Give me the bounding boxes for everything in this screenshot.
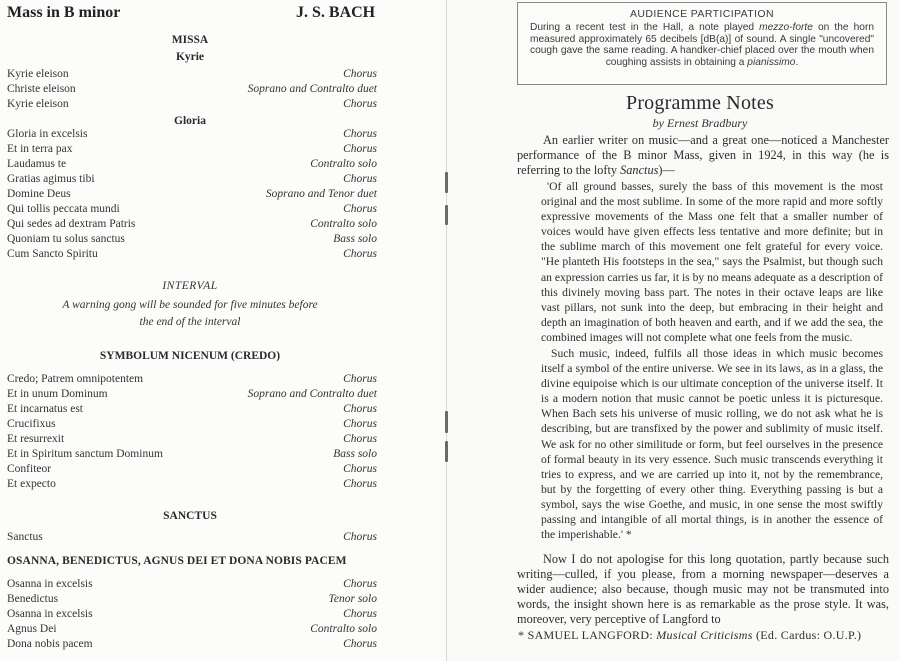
box-text-part: During a recent test in the Hall, a note… <box>530 22 759 33</box>
movement-row: Qui tollis peccata mundi Chorus <box>7 202 377 217</box>
box-text-italic: pianissimo <box>747 57 795 68</box>
movement-voice: Chorus <box>343 67 377 82</box>
movement-row: Osanna in excelsis Chorus <box>7 607 377 622</box>
subheading-kyrie: Kyrie <box>0 51 380 63</box>
intro-paragraph: An earlier writer on music—and a great o… <box>517 133 889 178</box>
box-text-italic: mezzo-forte <box>759 22 813 33</box>
movement-row: Laudamus te Contralto solo <box>7 157 377 172</box>
movement-voice: Chorus <box>343 462 377 477</box>
section-heading-sanctus: SANCTUS <box>0 510 380 522</box>
movement-name: Osanna in excelsis <box>7 607 93 622</box>
quote-paragraph-2: Such music, indeed, fulfils all those id… <box>541 346 883 542</box>
movement-voice: Contralto solo <box>310 157 377 172</box>
composer-name: J. S. BACH <box>296 4 375 22</box>
movement-name: Christe eleison <box>7 82 76 97</box>
quote-paragraph-1: 'Of all ground basses, surely the bass o… <box>541 179 883 345</box>
work-title: Mass in B minor <box>7 4 120 22</box>
movement-row: Credo; Patrem omnipotentem Chorus <box>7 372 377 387</box>
movement-row: Agnus Dei Contralto solo <box>7 622 377 637</box>
movement-voice: Chorus <box>343 637 377 652</box>
movement-name: Laudamus te <box>7 157 66 172</box>
movement-name: Et expecto <box>7 477 56 492</box>
movement-voice: Bass solo <box>333 447 377 462</box>
movement-row: Et in terra pax Chorus <box>7 142 377 157</box>
footnote: * SAMUEL LANGFORD: Musical Criticisms (E… <box>518 628 861 643</box>
movement-name: Et resurrexit <box>7 432 64 447</box>
movement-name: Cum Sancto Spiritu <box>7 247 98 262</box>
movement-row: Kyrie eleison Chorus <box>7 97 377 112</box>
movement-row: Et expecto Chorus <box>7 477 377 492</box>
section-heading-missa: MISSA <box>0 34 380 46</box>
movement-voice: Tenor solo <box>329 592 377 607</box>
movement-row: Et in unum Dominum Soprano and Contralto… <box>7 387 377 402</box>
movement-voice: Chorus <box>343 577 377 592</box>
intro-italic: Sanctus <box>620 163 658 177</box>
movement-row: Gloria in excelsis Chorus <box>7 127 377 142</box>
movement-voice: Soprano and Contralto duet <box>248 82 377 97</box>
movement-name: Et in terra pax <box>7 142 72 157</box>
movement-name: Gloria in excelsis <box>7 127 87 142</box>
movement-name: Kyrie eleison <box>7 97 69 112</box>
footnote-source: (Ed. Cardus: O.U.P.) <box>753 628 862 642</box>
movement-voice: Chorus <box>343 202 377 217</box>
movement-name: Credo; Patrem omnipotentem <box>7 372 143 387</box>
movement-voice: Bass solo <box>333 232 377 247</box>
movement-row: Sanctus Chorus <box>7 530 377 545</box>
movement-row: Benedictus Tenor solo <box>7 592 377 607</box>
movement-row: Dona nobis pacem Chorus <box>7 637 377 652</box>
movement-name: Osanna in excelsis <box>7 577 93 592</box>
movement-name: Sanctus <box>7 530 43 545</box>
audience-box-text: During a recent test in the Hall, a note… <box>530 22 874 68</box>
movement-voice: Chorus <box>343 432 377 447</box>
movement-row: Et incarnatus est Chorus <box>7 402 377 417</box>
movement-name: Quoniam tu solus sanctus <box>7 232 125 247</box>
intro-text: An earlier writer on music—and a great o… <box>517 133 889 177</box>
movement-voice: Soprano and Contralto duet <box>248 387 377 402</box>
movement-row: Crucifixus Chorus <box>7 417 377 432</box>
movement-voice: Chorus <box>343 97 377 112</box>
closing-paragraph: Now I do not apologise for this long quo… <box>517 552 889 627</box>
movement-name: Et incarnatus est <box>7 402 83 417</box>
movement-row: Kyrie eleison Chorus <box>7 67 377 82</box>
movement-row: Gratias agimus tibi Chorus <box>7 172 377 187</box>
movement-voice: Chorus <box>343 417 377 432</box>
section-heading-osanna: OSANNA, BENEDICTUS, AGNUS DEI ET DONA NO… <box>7 555 380 567</box>
booklet-spine <box>446 0 447 661</box>
interval-note-line2: the end of the interval <box>0 314 380 331</box>
movement-name: Gratias agimus tibi <box>7 172 95 187</box>
movement-row: Et resurrexit Chorus <box>7 432 377 447</box>
movement-row: Et in Spiritum sanctum Dominum Bass solo <box>7 447 377 462</box>
movement-voice: Chorus <box>343 172 377 187</box>
movement-row: Confiteor Chorus <box>7 462 377 477</box>
section-heading-credo: SYMBOLUM NICENUM (CREDO) <box>0 350 380 362</box>
movement-name: Qui sedes ad dextram Patris <box>7 217 135 232</box>
movement-row: Osanna in excelsis Chorus <box>7 577 377 592</box>
interval-title: INTERVAL <box>0 280 380 292</box>
movement-voice: Chorus <box>343 247 377 262</box>
movement-voice: Contralto solo <box>310 622 377 637</box>
movement-name: Et in unum Dominum <box>7 387 108 402</box>
movement-row: Quoniam tu solus sanctus Bass solo <box>7 232 377 247</box>
movement-row: Qui sedes ad dextram Patris Contralto so… <box>7 217 377 232</box>
movement-row: Cum Sancto Spiritu Chorus <box>7 247 377 262</box>
movement-name: Et in Spiritum sanctum Dominum <box>7 447 163 462</box>
movement-voice: Chorus <box>343 142 377 157</box>
movement-row: Christe eleison Soprano and Contralto du… <box>7 82 377 97</box>
movement-voice: Chorus <box>343 372 377 387</box>
programme-notes-byline: by Ernest Bradbury <box>500 116 900 131</box>
audience-participation-box: AUDIENCE PARTICIPATION During a recent t… <box>517 2 887 85</box>
audience-box-title: AUDIENCE PARTICIPATION <box>530 8 874 20</box>
box-text-part: . <box>795 57 798 68</box>
movement-name: Domine Deus <box>7 187 71 202</box>
movement-name: Crucifixus <box>7 417 56 432</box>
movement-name: Qui tollis peccata mundi <box>7 202 120 217</box>
movement-row: Domine Deus Soprano and Tenor duet <box>7 187 377 202</box>
movement-voice: Contralto solo <box>310 217 377 232</box>
intro-text: )— <box>658 163 674 177</box>
movement-voice: Chorus <box>343 402 377 417</box>
interval-note-line1: A warning gong will be sounded for five … <box>0 297 380 314</box>
movement-voice: Chorus <box>343 530 377 545</box>
footnote-marker: * SAMUEL LANGFORD: <box>518 628 656 642</box>
movement-name: Confiteor <box>7 462 51 477</box>
movement-voice: Soprano and Tenor duet <box>266 187 377 202</box>
movement-name: Kyrie eleison <box>7 67 69 82</box>
subheading-gloria: Gloria <box>0 115 380 127</box>
left-page: Mass in B minor J. S. BACH MISSA Kyrie K… <box>0 0 447 661</box>
movement-name: Agnus Dei <box>7 622 57 637</box>
programme-notes-title: Programme Notes <box>500 92 900 115</box>
movement-voice: Chorus <box>343 127 377 142</box>
footnote-title: Musical Criticisms <box>656 628 752 642</box>
movement-name: Dona nobis pacem <box>7 637 93 652</box>
movement-name: Benedictus <box>7 592 58 607</box>
movement-voice: Chorus <box>343 477 377 492</box>
movement-voice: Chorus <box>343 607 377 622</box>
